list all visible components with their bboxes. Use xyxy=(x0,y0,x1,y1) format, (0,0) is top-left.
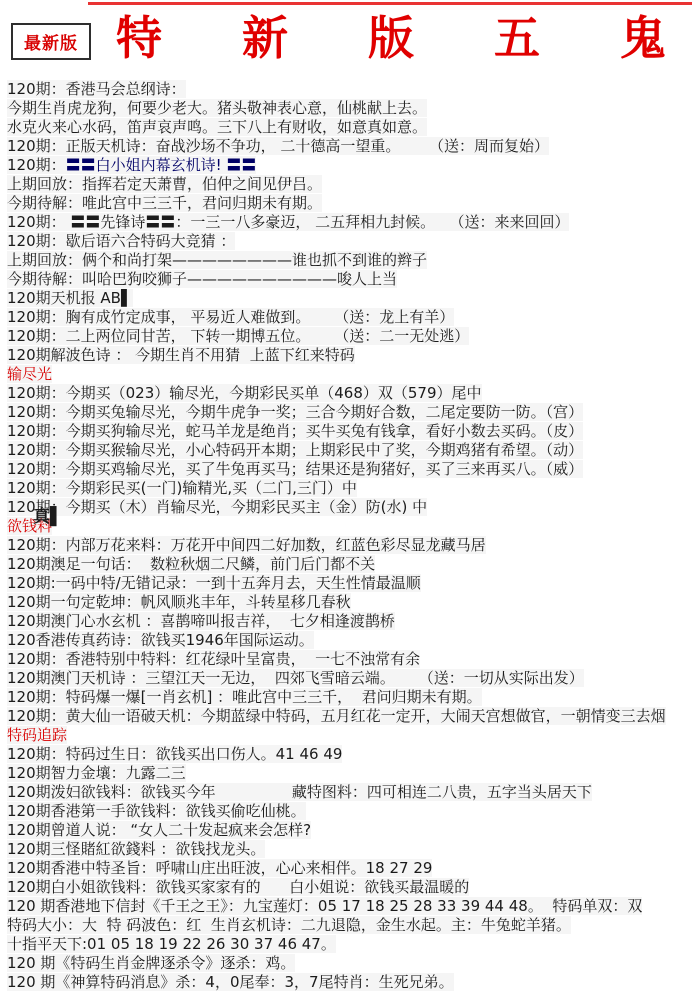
tip-line: 120期：二上两位同甘苦， 下转一期博五位。 （送：二一无处逃） xyxy=(7,327,696,346)
tip-text: 120期：今期买猴输尽光，小心特码开本期；上期彩民中了奖，今期鸡猪有希望。（动） xyxy=(7,441,583,459)
tip-text: 120期： 〓〓先锋诗〓〓：一三一八多豪迈， 二五拜相九封候。 （送：来来回回） xyxy=(7,213,569,231)
tip-line: 120期白小姐欲钱料：欲钱买家家有的 白小姐说：欲钱买最温暖的 xyxy=(7,878,696,897)
tip-line: 120香港传真药诗：欲钱买1946年国际运动。 xyxy=(7,631,696,650)
tip-line: 120期一句定乾坤：帆风顺兆丰年，斗转星移几春秋 xyxy=(7,593,696,612)
tip-text: 120期：今期买狗输尽光，蛇马羊龙是绝肖；买牛买兔有钱拿，看好小数去买码。（皮） xyxy=(7,422,583,440)
section-header: 特码追踪 xyxy=(7,726,696,745)
tip-text: 120期：二上两位同甘苦， 下转一期博五位。 （送：二一无处逃） xyxy=(7,327,469,345)
tip-line: 水克火来心水码，笛声哀声鸣。三下八上有财收，如意真如意。 xyxy=(7,118,696,137)
tip-text: 120期：胸有成竹定成事， 平易近人难做到。 （送：龙上有羊） xyxy=(7,308,454,326)
tip-line: 120期：今期买猴输尽光，小心特码开本期；上期彩民中了奖，今期鸡猪有希望。（动） xyxy=(7,441,696,460)
tips-list: 120期：香港马会总纲诗：今期生肖虎龙狗，何要少老大。猪头敬神表心意，仙桃献上去… xyxy=(7,80,696,997)
tip-line: 120期：胸有成竹定成事， 平易近人难做到。 （送：龙上有羊） xyxy=(7,308,696,327)
tip-line: 120期澳足一句话： 数粒秋烟二尺鳞，前门后门都不关 xyxy=(7,555,696,574)
tip-text: 120期香港第一手欲钱料：欲钱买偷吃仙桃。 xyxy=(7,802,306,820)
tip-text: 120期：香港特别中特料：红花绿叶呈富贵， 一七不浊常有余 xyxy=(7,650,420,668)
tip-line: 120 期《神算特码消息》杀：4，0尾奉：3，7尾特肖：生死兄弟。 xyxy=(7,973,696,992)
tip-text: 今期待解：叫哈巴狗咬狮子——————————唆人上当 xyxy=(7,270,397,288)
tip-line: 十指平天下:01 05 18 19 22 26 30 37 46 47。 xyxy=(7,935,696,954)
tip-line: 120 期《特码生肖金牌逐杀令》逐杀：鸡。 xyxy=(7,954,696,973)
tip-text: 120期：今期买兔输尽光，今期牛虎争一奖；三合今期好合数，二尾定要防一防。（宫） xyxy=(7,403,583,421)
tip-line: 120期：歇后语六合特码大竞猜 ： xyxy=(7,232,696,251)
overlay-mark: 真▌ xyxy=(33,508,63,527)
tip-line: 特码大小：大 特 码波色：红 生肖玄机诗：二九退隐，金生水起。主：牛兔蛇羊猪。 xyxy=(7,916,696,935)
tip-text: 120期： xyxy=(7,156,66,174)
tip-line: 今期生肖虎龙狗，何要少老大。猪头敬神表心意，仙桃献上去。 xyxy=(7,99,696,118)
tip-line: 120期：香港马会总纲诗： xyxy=(7,80,696,99)
tip-text: 上期回放：指挥若定天萧曹，伯仲之间见伊吕。 xyxy=(7,175,322,193)
tip-text: 水克火来心水码，笛声哀声鸣。三下八上有财收，如意真如意。 xyxy=(7,118,427,136)
tip-line: 120期： 〓〓先锋诗〓〓：一三一八多豪迈， 二五拜相九封候。 （送：来来回回） xyxy=(7,213,696,232)
tip-text: 120期：正版天机诗：奋战沙场不争功， 二十德高一望重。 （送：周而复始） xyxy=(7,137,549,155)
tip-text: 120期曾道人说： “女人二十发起疯来会怎样? xyxy=(7,821,311,839)
tip-line: 120期香港中特圣旨：呼啸山庄出旺波，心心来相伴。18 27 29 xyxy=(7,859,696,878)
tip-text: 120期天机报 AB▌ xyxy=(7,289,133,307)
tip-line: 今期待解：叫哈巴狗咬狮子——————————唆人上当 xyxy=(7,270,696,289)
tip-text: 120期：香港马会总纲诗： xyxy=(7,80,186,98)
tip-line: 今期待解：唯此宫中三三千，君问归期未有期。 xyxy=(7,194,696,213)
tip-text: 120 期《特码生肖金牌逐杀令》逐杀：鸡。 xyxy=(7,954,295,972)
tip-line: 120期澳门天机诗 ：三望江天一无边， 四郊飞雪暗云端。 （送：一切从实际出发） xyxy=(7,669,696,688)
tip-line: 120期天机报 AB▌ xyxy=(7,289,696,308)
tip-line: 120期：香港特别中特料：红花绿叶呈富贵， 一七不浊常有余 xyxy=(7,650,696,669)
tip-line: 欲钱料真▌ xyxy=(7,517,696,536)
tip-line: 120期：黄大仙一语破天机：今期蓝绿中特码，五月红花一定开，大闹天宫想做官，一朝… xyxy=(7,707,696,726)
tip-text: 120期泼妇欲钱料：欲钱买今年 藏特图料：四可相连二八贵，五字当头居天下 xyxy=(7,783,592,801)
tip-text: 120期：内部万花来料：万花开中间四二好加数，红蓝色彩尽显龙藏马居 xyxy=(7,536,486,554)
tip-text: 120期香港中特圣旨：呼啸山庄出旺波，心心来相伴。18 27 29 xyxy=(7,859,432,877)
tip-text: 120期：今期买鸡输尽光，买了牛兔再买马；结果还是狗猪好，买了三来再买八。（威） xyxy=(7,460,583,478)
tip-line: 120期解波色诗 ： 今期生肖不用猜 上蓝下红来特码 xyxy=(7,346,696,365)
section-header-text: 特码追踪 xyxy=(7,726,67,744)
tip-text: 120期：特码爆一爆[一肖玄机] ：唯此宫中三三千， 君问归期未有期。 xyxy=(7,688,482,706)
tip-text: 120期：今期买（023）输尽光，今期彩民买单（468）双（579）尾中 xyxy=(7,384,482,402)
tip-text: 120期：今期彩民买(一门)输精光,买（二门,三门）中 xyxy=(7,479,357,497)
tip-text: 120香港传真药诗：欲钱买1946年国际运动。 xyxy=(7,631,314,649)
tip-text: 120期；今期买（木）肖输尽光，今期彩民买主（金）防(水) 中 xyxy=(7,498,427,516)
tip-text: 120期：特码过生日：欲钱买出口伤人。41 46 49 xyxy=(7,745,342,763)
edition-badge: 最新版 xyxy=(11,23,91,60)
tip-line: 120期：特码过生日：欲钱买出口伤人。41 46 49 xyxy=(7,745,696,764)
tip-line: 120期曾道人说： “女人二十发起疯来会怎样? xyxy=(7,821,696,840)
tip-text: 上期回放：俩个和尚打架————————谁也抓不到谁的辫子 xyxy=(7,251,427,269)
section-header: 输尽光 xyxy=(7,365,696,384)
tip-text: 今期生肖虎龙狗，何要少老大。猪头敬神表心意，仙桃献上去。 xyxy=(7,99,427,117)
tip-line: 120期三怪賭紅欲錢料 ：欲钱找龙头。 xyxy=(7,840,696,859)
tip-line: 120期:一码中特/无错记录：一到十五奔月去，天生性情最温顺 xyxy=(7,574,696,593)
tip-line: 120期泼妇欲钱料：欲钱买今年 藏特图料：四可相连二八贵，五字当头居天下 xyxy=(7,783,696,802)
five-ghost-report-page: 最新版 特 新 版 五 鬼 报 120期：香港马会总纲诗：今期生肖虎龙狗，何要少… xyxy=(0,0,696,997)
tip-line: 120期：今期彩民买(一门)输精光,买（二门,三门）中 xyxy=(7,479,696,498)
tip-text: 120 期《神算特码消息》杀：4，0尾奉：3，7尾特肖：生死兄弟。 xyxy=(7,973,454,991)
tip-text: 120期:一码中特/无错记录：一到十五奔月去，天生性情最温顺 xyxy=(7,574,421,592)
section-header-text: 输尽光 xyxy=(7,365,52,383)
tip-line: 上期回放：俩个和尚打架————————谁也抓不到谁的辫子 xyxy=(7,251,696,270)
tip-text: 120 期香港地下信封《千王之王》：九宝莲灯：05 17 18 25 28 33… xyxy=(7,897,642,915)
tip-text: 120期智力金壤：九露二三 xyxy=(7,764,186,782)
tip-text: 特码大小：大 特 码波色：红 生肖玄机诗：二九退隐，金生水起。主：牛兔蛇羊猪。 xyxy=(7,916,571,934)
page-title: 特 新 版 五 鬼 报 xyxy=(116,2,696,68)
tip-line: 120期：今期买兔输尽光，今期牛虎争一奖；三合今期好合数，二尾定要防一防。（宫） xyxy=(7,403,696,422)
tip-line: 120 期香港地下信封《千王之王》：九宝莲灯：05 17 18 25 28 33… xyxy=(7,897,696,916)
tip-text: 120期澳门心水玄机 ：喜鹊啼叫报吉祥， 七夕相逢渡鹊桥 xyxy=(7,612,395,630)
tip-text: 120期三怪賭紅欲錢料 ：欲钱找龙头。 xyxy=(7,840,265,858)
highlight-text: 〓〓白小姐内幕玄机诗! 〓〓 xyxy=(66,156,257,174)
tip-text: 120期解波色诗 ： 今期生肖不用猜 上蓝下红来特码 xyxy=(7,346,355,364)
tip-line: 120期：特码爆一爆[一肖玄机] ：唯此宫中三三千， 君问归期未有期。 xyxy=(7,688,696,707)
tip-text: 十指平天下:01 05 18 19 22 26 30 37 46 47。 xyxy=(7,935,336,953)
tip-line: 120期：今期买鸡输尽光，买了牛兔再买马；结果还是狗猪好，买了三来再买八。（威） xyxy=(7,460,696,479)
tip-line: 120期：今期买（023）输尽光，今期彩民买单（468）双（579）尾中 xyxy=(7,384,696,403)
tip-line: 120期：内部万花来料：万花开中间四二好加数，红蓝色彩尽显龙藏马居 xyxy=(7,536,696,555)
tip-text: 120期：歇后语六合特码大竞猜 ： xyxy=(7,232,235,250)
tip-text: 120期澳门天机诗 ：三望江天一无边， 四郊飞雪暗云端。 （送：一切从实际出发） xyxy=(7,669,584,687)
tip-line: 120期；今期买（木）肖输尽光，今期彩民买主（金）防(水) 中 xyxy=(7,498,696,517)
tip-line: 120期：正版天机诗：奋战沙场不争功， 二十德高一望重。 （送：周而复始） xyxy=(7,137,696,156)
tip-line: 120期智力金壤：九露二三 xyxy=(7,764,696,783)
tip-line: 120期澳门心水玄机 ：喜鹊啼叫报吉祥， 七夕相逢渡鹊桥 xyxy=(7,612,696,631)
tip-line: 120期：〓〓白小姐内幕玄机诗! 〓〓 xyxy=(7,156,696,175)
tip-line: 120期：今期买狗输尽光，蛇马羊龙是绝肖；买牛买兔有钱拿，看好小数去买码。（皮） xyxy=(7,422,696,441)
tip-line: 120期香港第一手欲钱料：欲钱买偷吃仙桃。 xyxy=(7,802,696,821)
tip-text: 120期白小姐欲钱料：欲钱买家家有的 白小姐说：欲钱买最温暖的 xyxy=(7,878,469,896)
tip-text: 120期澳足一句话： 数粒秋烟二尺鳞，前门后门都不关 xyxy=(7,555,375,573)
tip-text: 今期待解：唯此宫中三三千，君问归期未有期。 xyxy=(7,194,322,212)
tip-text: 120期一句定乾坤：帆风顺兆丰年，斗转星移几春秋 xyxy=(7,593,351,611)
tip-text: 120期：黄大仙一语破天机：今期蓝绿中特码，五月红花一定开，大闹天宫想做官，一朝… xyxy=(7,707,666,725)
tip-line: 上期回放：指挥若定天萧曹，伯仲之间见伊吕。 xyxy=(7,175,696,194)
